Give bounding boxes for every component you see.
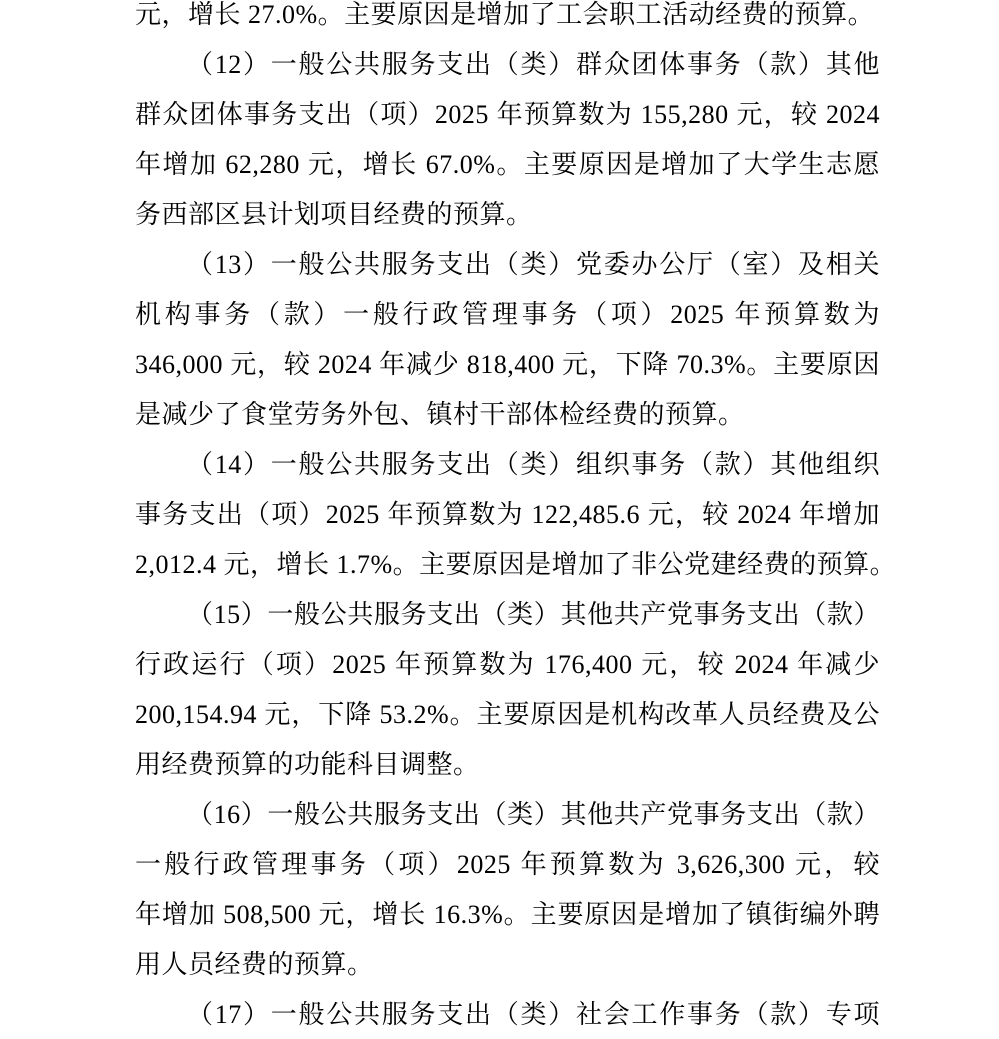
- text-line: 用人员经费的预算。: [135, 940, 880, 990]
- text-line: 年增加 62,280 元，增长 67.0%。主要原因是增加了大学生志愿服: [135, 140, 880, 190]
- text-line: 行政运行（项）2025 年预算数为 176,400 元，较 2024 年减少: [135, 640, 880, 690]
- text-line: （12）一般公共服务支出（类）群众团体事务（款）其他: [135, 40, 880, 90]
- text-line: （14）一般公共服务支出（类）组织事务（款）其他组织: [135, 440, 880, 490]
- text-line: （15）一般公共服务支出（类）其他共产党事务支出（款）: [135, 590, 880, 640]
- text-line: 2,012.4 元，增长 1.7%。主要原因是增加了非公党建经费的预算。: [135, 540, 880, 590]
- text-line: 200,154.94 元，下降 53.2%。主要原因是机构改革人员经费及公: [135, 690, 880, 740]
- text-line: 机构事务（款）一般行政管理事务（项）2025 年预算数为: [135, 290, 880, 340]
- text-line: （16）一般公共服务支出（类）其他共产党事务支出（款）: [135, 790, 880, 840]
- text-line: 群众团体事务支出（项）2025 年预算数为 155,280 元，较 2024: [135, 90, 880, 140]
- text-line: 务西部区县计划项目经费的预算。: [135, 190, 880, 240]
- text-line: 元，增长 27.0%。主要原因是增加了工会职工活动经费的预算。: [135, 0, 880, 40]
- text-line: 年增加 508,500 元，增长 16.3%。主要原因是增加了镇街编外聘: [135, 890, 880, 940]
- text-line: 一般行政管理事务（项）2025 年预算数为 3,626,300 元，较 2024: [135, 840, 880, 890]
- budget-document-page: 元，增长 27.0%。主要原因是增加了工会职工活动经费的预算。（12）一般公共服…: [0, 0, 999, 1039]
- text-line: 346,000 元，较 2024 年减少 818,400 元，下降 70.3%。…: [135, 340, 880, 390]
- text-line: （13）一般公共服务支出（类）党委办公厅（室）及相关: [135, 240, 880, 290]
- text-line: 事务支出（项）2025 年预算数为 122,485.6 元，较 2024 年增加: [135, 490, 880, 540]
- text-line: （17）一般公共服务支出（类）社会工作事务（款）专项: [135, 990, 880, 1039]
- document-text-block: 元，增长 27.0%。主要原因是增加了工会职工活动经费的预算。（12）一般公共服…: [135, 0, 880, 1039]
- text-line: 是减少了食堂劳务外包、镇村干部体检经费的预算。: [135, 390, 880, 440]
- text-line: 用经费预算的功能科目调整。: [135, 740, 880, 790]
